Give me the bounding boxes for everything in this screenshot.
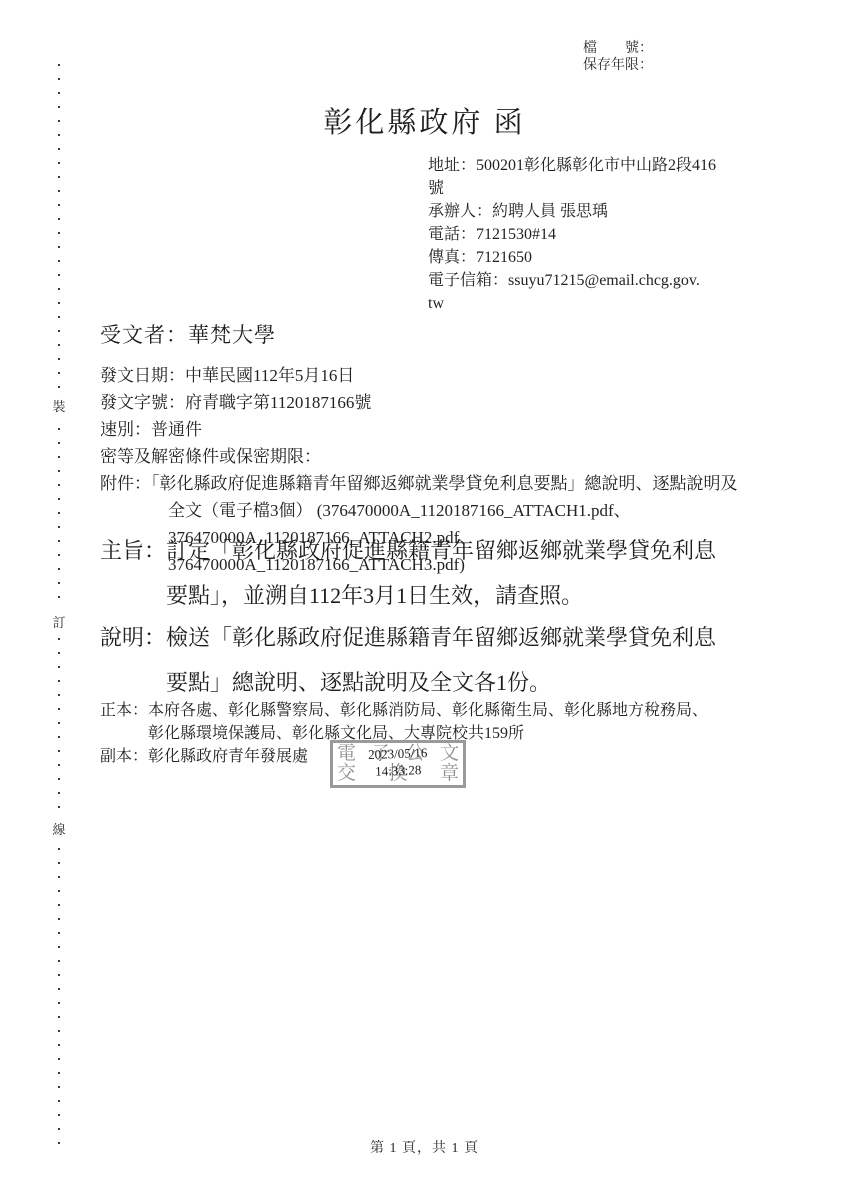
sender-fax: 傳真：7121650 bbox=[428, 246, 768, 269]
file-number-block: 檔 號： 保存年限： bbox=[583, 40, 653, 74]
binding-marker-ding: 訂 bbox=[51, 608, 67, 635]
binding-dotted-line bbox=[58, 64, 60, 1144]
binding-marker-xian: 線 bbox=[51, 815, 67, 842]
subject-block: 主旨：訂定「彰化縣政府促進縣籍青年留鄉返鄉就業學貸免利息 要點」，並溯自112年… bbox=[100, 528, 800, 618]
stamp-timestamp: 2023/05/16 14:33:28 bbox=[332, 743, 463, 782]
sender-phone: 電話：7121530#14 bbox=[428, 223, 768, 246]
sender-address-wrap: 號 bbox=[428, 177, 768, 200]
binding-marker-zhuang: 裝 bbox=[51, 392, 67, 419]
original-recipients-line-1: 正本：本府各處、彰化縣警察局、彰化縣消防局、彰化縣衛生局、彰化縣地方稅務局、 bbox=[100, 699, 800, 722]
attachment-line-1: 附件：「彰化縣政府促進縣籍青年留鄉返鄉就業學貸免利息要點」總說明、逐點說明及 bbox=[100, 470, 760, 497]
security-line: 密等及解密條件或保密期限： bbox=[100, 443, 760, 470]
sender-address-line: 地址：500201彰化縣彰化市中山路2段416 bbox=[428, 154, 768, 177]
sender-contact-person: 承辦人：約聘人員 張思瑀 bbox=[428, 200, 768, 223]
recipient-line: 受文者：華梵大學 bbox=[100, 319, 276, 349]
description-line-1: 說明：檢送「彰化縣政府促進縣籍青年留鄉返鄉就業學貸免利息 bbox=[100, 615, 800, 660]
document-page: 裝 訂 線 檔 號： 保存年限： 彰化縣政府 函 地址：500201彰化縣彰化市… bbox=[0, 0, 849, 1200]
sender-email-line: 電子信箱：ssuyu71215@email.chcg.gov. bbox=[428, 269, 768, 292]
page-number-footer: 第 1 頁，共 1 頁 bbox=[0, 1137, 849, 1157]
subject-line-1: 主旨：訂定「彰化縣政府促進縣籍青年留鄉返鄉就業學貸免利息 bbox=[100, 528, 800, 573]
description-block: 說明：檢送「彰化縣政府促進縣籍青年留鄉返鄉就業學貸免利息 要點」總說明、逐點說明… bbox=[100, 615, 800, 705]
file-number-label: 檔 號： bbox=[583, 40, 653, 57]
retention-period-label: 保存年限： bbox=[583, 57, 653, 74]
subject-line-2: 要點」，並溯自112年3月1日生效，請查照。 bbox=[100, 573, 800, 618]
attachment-line-2: 全文（電子檔3個） (376470000A_1120187166_ATTACH1… bbox=[100, 497, 760, 524]
issue-date-line: 發文日期：中華民國112年5月16日 bbox=[100, 362, 760, 389]
document-title: 彰化縣政府 函 bbox=[0, 100, 849, 141]
sender-email-wrap: tw bbox=[428, 292, 768, 315]
doc-number-line: 發文字號：府青職字第1120187166號 bbox=[100, 389, 760, 416]
sender-info-block: 地址：500201彰化縣彰化市中山路2段416 號 承辦人：約聘人員 張思瑀 電… bbox=[428, 154, 768, 315]
electronic-exchange-stamp: 電 子 公 文 交 換 章 2023/05/16 14:33:28 bbox=[330, 740, 466, 788]
speed-line: 速別：普通件 bbox=[100, 416, 760, 443]
